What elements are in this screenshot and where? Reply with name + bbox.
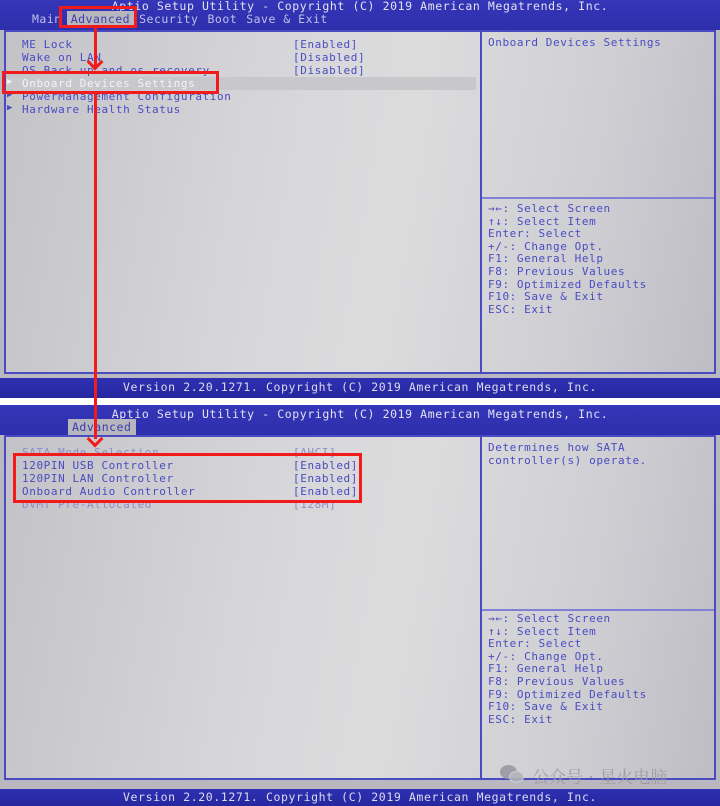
setting-label: ME Lock — [22, 38, 73, 51]
key-help-select-screen: →←: Select Screen — [488, 203, 710, 216]
key-help-f8: F8: Previous Values — [488, 676, 710, 689]
help-pane: Determines how SATA controller(s) operat… — [480, 437, 714, 778]
setting-value[interactable]: [Disabled] — [293, 64, 365, 77]
annotation-box-controllers — [13, 453, 362, 503]
wechat-icon — [500, 765, 526, 785]
tab-security[interactable]: Security — [135, 11, 203, 28]
key-help-f8: F8: Previous Values — [488, 266, 710, 279]
tab-boot[interactable]: Boot — [203, 11, 242, 28]
title-bar: Aptio Setup Utility - Copyright (C) 2019… — [0, 405, 720, 435]
tab-save-exit[interactable]: Save & Exit — [242, 11, 333, 28]
key-help-list: →←: Select Screen ↑↓: Select Item Enter:… — [488, 613, 710, 726]
submenu-label: Hardware Health Status — [22, 103, 181, 116]
watermark-text: 公众号 · 星火电脑 — [532, 763, 667, 788]
key-help-enter: Enter: Select — [488, 228, 710, 241]
watermark: 公众号 · 星火电脑 — [500, 763, 667, 787]
key-help-esc: ESC: Exit — [488, 714, 710, 727]
item-help-text: Determines how SATA controller(s) operat… — [488, 441, 658, 467]
key-help-esc: ESC: Exit — [488, 304, 710, 317]
tab-advanced[interactable]: Advanced — [68, 419, 136, 436]
submenu-hardware-health-status[interactable]: ▶ Hardware Health Status — [6, 103, 476, 116]
annotation-box-advanced-tab — [59, 6, 137, 28]
help-divider — [482, 197, 714, 199]
key-help-select-screen: →←: Select Screen — [488, 613, 710, 626]
key-help-f10: F10: Save & Exit — [488, 291, 710, 304]
version-footer: Version 2.20.1271. Copyright (C) 2019 Am… — [0, 789, 720, 806]
help-divider — [482, 609, 714, 611]
setting-me-lock[interactable]: ME Lock [Enabled] — [6, 38, 476, 51]
key-help-f10: F10: Save & Exit — [488, 701, 710, 714]
setting-value[interactable]: [Disabled] — [293, 51, 365, 64]
key-help-enter: Enter: Select — [488, 638, 710, 651]
setting-wake-on-lan[interactable]: Wake on LAN [Disabled] — [6, 51, 476, 64]
submenu-arrow-icon: ▶ — [7, 103, 13, 113]
annotation-arrow-line-long — [94, 94, 97, 439]
help-pane: Onboard Devices Settings →←: Select Scre… — [480, 32, 714, 372]
setting-value[interactable]: [Enabled] — [293, 38, 358, 51]
version-footer: Version 2.20.1271. Copyright (C) 2019 Am… — [0, 378, 720, 398]
tab-bar: Advanced — [68, 419, 136, 436]
annotation-box-onboard-devices — [2, 71, 219, 94]
item-help-text: Onboard Devices Settings — [488, 36, 708, 49]
bios-screen-advanced: Aptio Setup Utility - Copyright (C) 2019… — [0, 0, 720, 398]
key-help-list: →←: Select Screen ↑↓: Select Item Enter:… — [488, 203, 710, 316]
